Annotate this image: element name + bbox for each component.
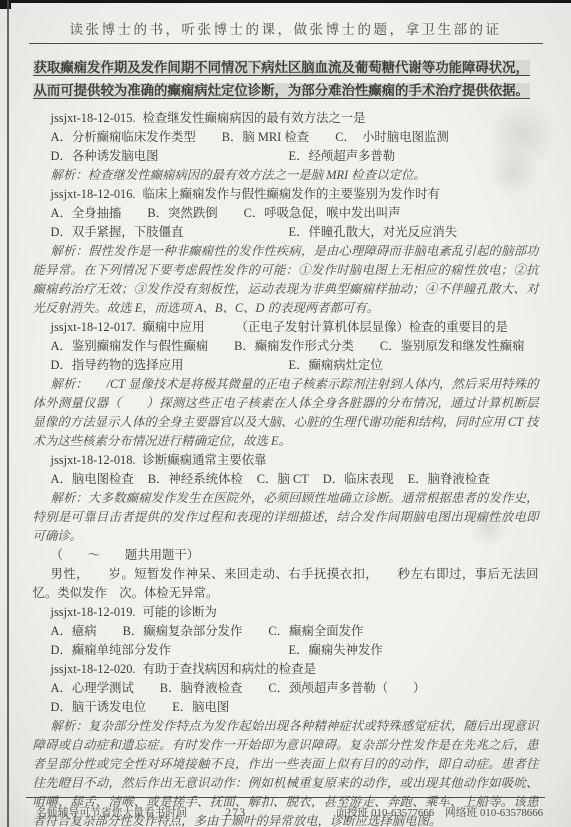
question-id: jssjxt-18-12-017. <box>51 320 136 334</box>
question-stem-line: jssjxt-18-12-018.诊断癫痫通常主要依靠 <box>33 451 539 470</box>
analysis-text: 解析：大多数癫痫发作发生在医院外，必须回顾性地确立诊断。通常根据患者的发作史，特… <box>33 489 539 546</box>
footer-left-text: 名师辅导可节省您大量看书时间 <box>36 805 187 820</box>
option-e: E．经颅超声多普勒 <box>289 149 396 163</box>
question-018: jssjxt-18-12-018.诊断癫痫通常主要依靠 A．脑电图检查B．神经系… <box>33 451 539 546</box>
option-e: E．脑脊液检查 <box>408 472 490 486</box>
option-a: A．心理学测试 <box>51 681 134 695</box>
option-e: E．癫痫病灶定位 <box>289 358 383 372</box>
option-c: C．脑 CT <box>257 472 309 486</box>
options-row: A．鉴别癫痫发作与假性癫痫B．癫痫发作形式分类C．鉴别原发和继发性癫痫 <box>33 337 539 356</box>
footer-right-text: 面授班 010-63577666 网络班 010-63578666 <box>336 805 543 820</box>
option-a: A．脑电图检查 <box>51 472 134 486</box>
option-d: D．指导药物的选择应用 <box>51 356 289 375</box>
highlighted-passage: 获取癫痫发作期及发作间期不同情况下病灶区脑血流及葡萄糖代谢等功能障碍状况， 从而… <box>33 56 539 102</box>
option-a: A．全身抽搐 <box>51 206 122 220</box>
highlight-line: 从而可提供较为准确的癫痫病灶定位诊断，为部分难治性癫痫的手术治疗提供依据。 <box>33 83 530 99</box>
footer-rule <box>26 797 545 798</box>
shared-stem-body: 男性， 岁。短暂发作神呆、来回走动、右手抚摸衣扣， 秒左右即过，事后无法回忆。类… <box>33 565 539 603</box>
scan-edge-left <box>7 0 9 827</box>
option-c: C．呼吸急促，喉中发出叫声 <box>244 206 401 220</box>
options-row: D．指导药物的选择应用E．癫痫病灶定位 <box>33 356 539 375</box>
options-row: D．癫痫单纯部分发作E．癫痫失神发作 <box>33 641 539 660</box>
options-row: D．双手紧握，下肢僵直E．伴瞳孔散大，对光反应消失 <box>33 223 539 242</box>
question-id: jssjxt-18-12-016. <box>51 187 136 201</box>
question-016: jssjxt-18-12-016.临床上癫痫发作与假性癫痫发作的主要鉴别为发作时… <box>33 185 539 318</box>
question-015: jssjxt-18-12-015.检查继发性癫痫病因的最有效方法之一是 A．分析… <box>33 109 539 185</box>
options-row: A．分析癫痫临床发作类型B．脑 MRI 检查C． 小时脑电图监测 <box>33 128 539 147</box>
option-b: B．神经系统体检 <box>148 472 243 486</box>
question-019: jssjxt-18-12-019.可能的诊断为 A．癔病B．癫痫复杂部分发作C．… <box>33 603 539 660</box>
option-c: C．鉴别原发和继发性癫痫 <box>380 339 525 353</box>
header-rule <box>29 43 543 44</box>
question-stem: 有助于查找病因和病灶的检查是 <box>143 662 316 676</box>
option-c: C．颈颅超声多普勒（ ） <box>268 681 425 695</box>
shared-stem-header: （ ～ 题共用题干） <box>33 546 539 565</box>
scan-corner-notch <box>0 0 11 9</box>
option-d: D．双手紧握，下肢僵直 <box>51 223 289 242</box>
option-d: D．脑干诱发电位 <box>51 700 147 714</box>
question-stem: 临床上癫痫发作与假性癫痫发作的主要鉴别为发作时有 <box>143 187 440 201</box>
option-a: A．鉴别癫痫发作与假性癫痫 <box>51 339 209 353</box>
question-id: jssjxt-18-12-018. <box>51 453 136 467</box>
scan-smudge <box>466 510 511 545</box>
analysis-text: 解析：检查继发性癫痫病因的最有效方法之一是脑 MRI 检查以定位。 <box>33 166 539 185</box>
page-header-slogan: 读张博士的书，听张博士的课，做张博士的题，拿卫生部的证 <box>0 0 571 38</box>
option-d: D．癫痫单纯部分发作 <box>51 641 289 660</box>
question-stem: 检查继发性癫痫病因的最有效方法之一是 <box>143 111 366 125</box>
options-row: A．癔病B．癫痫复杂部分发作C．癫痫全面发作 <box>33 622 539 641</box>
option-d: D．临床表现 <box>323 472 394 486</box>
option-a: A．癔病 <box>51 624 97 638</box>
option-c: C． 小时脑电图监测 <box>335 130 449 144</box>
scan-smudge <box>486 150 541 195</box>
highlight-line: 获取癫痫发作期及发作间期不同情况下病灶区脑血流及葡萄糖代谢等功能障碍状况， <box>33 60 530 76</box>
question-id: jssjxt-18-12-019. <box>51 605 136 619</box>
option-b: B．突然跌倒 <box>147 206 217 220</box>
option-b: B．癫痫复杂部分发作 <box>123 624 243 638</box>
question-stem-line: jssjxt-18-12-020.有助于查找病因和病灶的检查是 <box>33 660 539 679</box>
option-e: E．伴瞳孔散大，对光反应消失 <box>289 225 458 239</box>
option-a: A．分析癫痫临床发作类型 <box>51 130 196 144</box>
question-stem: 诊断癫痫通常主要依靠 <box>143 453 267 467</box>
scan-edge-top <box>0 0 571 3</box>
question-stem-line: jssjxt-18-12-019.可能的诊断为 <box>33 603 539 622</box>
question-id: jssjxt-18-12-020. <box>51 662 136 676</box>
options-row: A．脑电图检查B．神经系统体检C．脑 CTD．临床表现E．脑脊液检查 <box>33 470 539 489</box>
options-row: D．脑干诱发电位E．脑电图 <box>33 698 539 717</box>
analysis-text: 解析：假性发作是一种非癫痫性的发作性疾病，是由心理障碍而非脑电紊乱引起的脑部功能… <box>33 242 539 318</box>
page-body: 获取癫痫发作期及发作间期不同情况下病灶区脑血流及葡萄糖代谢等功能障碍状况， 从而… <box>33 56 539 827</box>
option-b: B．癫痫发作形式分类 <box>234 339 354 353</box>
scanned-page: 读张博士的书，听张博士的课，做张博士的题，拿卫生部的证 获取癫痫发作期及发作间期… <box>0 0 571 827</box>
question-stem: 癫痫中应用 （正电子发射计算机体层显像）检查的重要目的是 <box>143 320 509 334</box>
option-b: B．脑脊液检查 <box>160 681 243 695</box>
option-b: B．脑 MRI 检查 <box>222 130 309 144</box>
options-row: A．心理学测试B．脑脊液检查C．颈颅超声多普勒（ ） <box>33 679 539 698</box>
question-020: jssjxt-18-12-020.有助于查找病因和病灶的检查是 A．心理学测试B… <box>33 660 539 827</box>
question-id: jssjxt-18-12-015. <box>51 111 136 125</box>
analysis-text: 解析： /CT 显像技术是将极其微量的正电子核素示踪剂注射到人体内，然后采用特殊… <box>33 375 539 451</box>
option-e: E．脑电图 <box>172 700 229 714</box>
question-stem-line: jssjxt-18-12-015.检查继发性癫痫病因的最有效方法之一是 <box>33 109 539 128</box>
option-d: D．各种诱发脑电图 <box>51 147 289 166</box>
option-c: C．癫痫全面发作 <box>268 624 363 638</box>
options-row: D．各种诱发脑电图E．经颅超声多普勒 <box>33 147 539 166</box>
question-017: jssjxt-18-12-017.癫痫中应用 （正电子发射计算机体层显像）检查的… <box>33 318 539 451</box>
question-stem: 可能的诊断为 <box>143 605 217 619</box>
shared-stem-block: （ ～ 题共用题干） 男性， 岁。短暂发作神呆、来回走动、右手抚摸衣扣， 秒左右… <box>33 546 539 603</box>
page-footer: 名师辅导可节省您大量看书时间 273 面授班 010-63577666 网络班 … <box>36 805 543 820</box>
options-row: A．全身抽搐B．突然跌倒C．呼吸急促，喉中发出叫声 <box>33 204 539 223</box>
question-stem-line: jssjxt-18-12-017.癫痫中应用 （正电子发射计算机体层显像）检查的… <box>33 318 539 337</box>
option-e: E．癫痫失神发作 <box>289 643 383 657</box>
page-number: 273 <box>225 805 246 820</box>
question-stem-line: jssjxt-18-12-016.临床上癫痫发作与假性癫痫发作的主要鉴别为发作时… <box>33 185 539 204</box>
